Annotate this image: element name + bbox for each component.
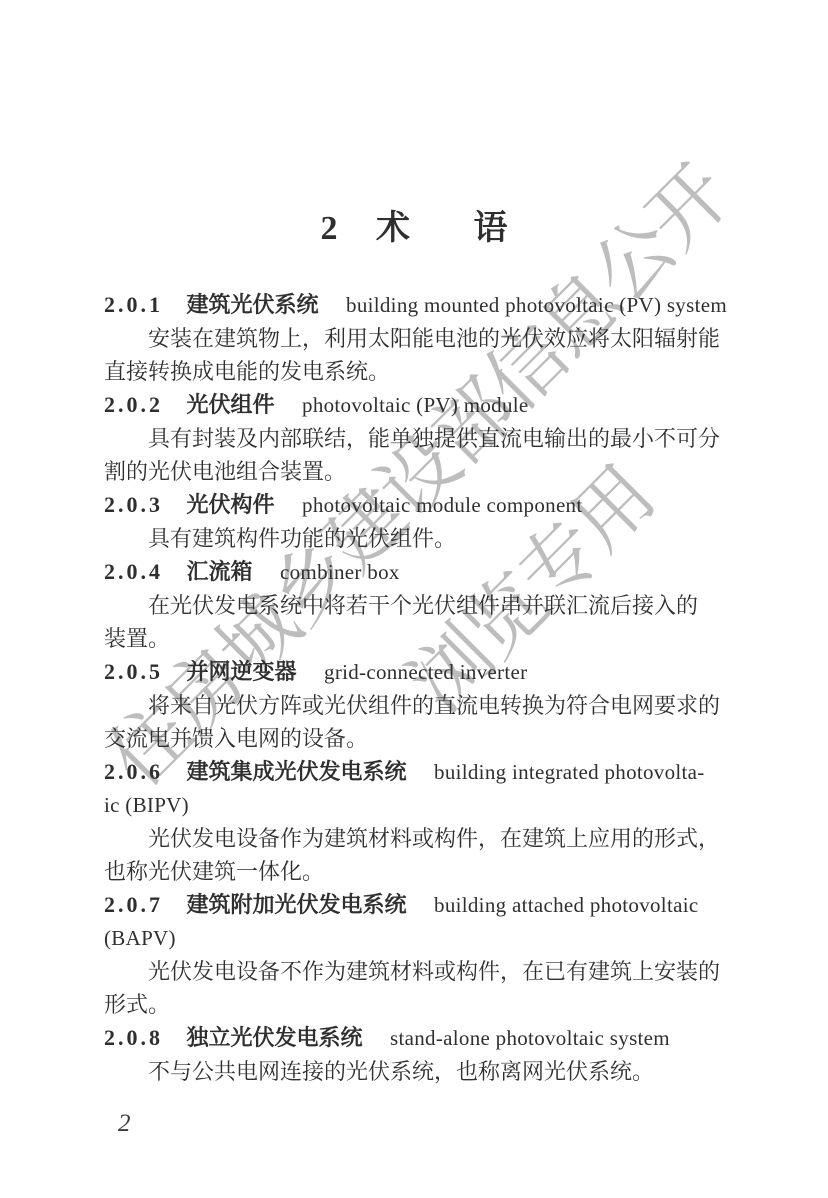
definition-line: 将来自光伏方阵或光伏组件的直流电转换为符合电网要求的 [104, 689, 728, 722]
definition-line: 光伏发电设备不作为建筑材料或构件，在已有建筑上安装的 [104, 955, 728, 988]
term-en: building mounted photovoltaic (PV) syste… [346, 293, 727, 317]
definition-line: 直接转换成电能的发电系统。 [104, 355, 728, 388]
definition-line: 形式。 [104, 988, 728, 1021]
term-en-continuation: (BAPV) [104, 922, 728, 955]
chapter-title-word-1: 术 [376, 210, 410, 247]
chapter-number: 2 [321, 210, 338, 247]
document-page: 住房城乡建设部信息公开 浏览专用 2 术 语 2.0.1 建筑光伏系统 buil… [0, 0, 828, 1198]
term-zh: 建筑集成光伏发电系统 [187, 759, 407, 784]
definition-line: 安装在建筑物上，利用太阳能电池的光伏效应将太阳辐射能 [104, 322, 728, 355]
definition-line: 具有封装及内部联结，能单独提供直流电输出的最小不可分 [104, 422, 728, 455]
term-number: 2.0.4 [104, 559, 163, 584]
term-entry: 2.0.8 独立光伏发电系统 stand-alone photovoltaic … [104, 1021, 728, 1088]
term-zh: 独立光伏发电系统 [187, 1025, 363, 1050]
term-heading: 2.0.7 建筑附加光伏发电系统 building attached photo… [104, 888, 728, 922]
chapter-title-word-2: 语 [474, 210, 508, 247]
term-entry: 2.0.7 建筑附加光伏发电系统 building attached photo… [104, 888, 728, 1021]
term-entry: 2.0.4 汇流箱 combiner box 在光伏发电系统中将若干个光伏组件串… [104, 555, 728, 655]
term-en: grid-connected inverter [324, 660, 527, 684]
term-zh: 汇流箱 [187, 559, 253, 584]
term-entry: 2.0.1 建筑光伏系统 building mounted photovolta… [104, 288, 728, 388]
term-number: 2.0.2 [104, 392, 163, 417]
term-number: 2.0.1 [104, 292, 163, 317]
definition-line: 光伏发电设备作为建筑材料或构件，在建筑上应用的形式， [104, 822, 728, 855]
term-number: 2.0.5 [104, 659, 163, 684]
term-entry: 2.0.6 建筑集成光伏发电系统 building integrated pho… [104, 755, 728, 888]
term-entry: 2.0.2 光伏组件 photovoltaic (PV) module 具有封装… [104, 388, 728, 488]
term-en: stand-alone photovoltaic system [390, 1026, 670, 1050]
definition-line: 割的光伏电池组合装置。 [104, 455, 728, 488]
definition-line: 在光伏发电系统中将若干个光伏组件串并联汇流后接入的 [104, 589, 728, 622]
term-number: 2.0.6 [104, 759, 163, 784]
definition-line: 装置。 [104, 622, 728, 655]
term-zh: 建筑附加光伏发电系统 [187, 892, 407, 917]
term-heading: 2.0.1 建筑光伏系统 building mounted photovolta… [104, 288, 728, 322]
term-en: combiner box [280, 560, 400, 584]
term-zh: 光伏构件 [187, 492, 275, 517]
term-en-continuation: ic (BIPV) [104, 789, 728, 822]
term-number: 2.0.8 [104, 1025, 163, 1050]
term-heading: 2.0.2 光伏组件 photovoltaic (PV) module [104, 388, 728, 422]
term-number: 2.0.7 [104, 892, 163, 917]
term-heading: 2.0.3 光伏构件 photovoltaic module component [104, 488, 728, 522]
term-entry: 2.0.5 并网逆变器 grid-connected inverter 将来自光… [104, 655, 728, 755]
term-zh: 光伏组件 [187, 392, 275, 417]
term-en: photovoltaic (PV) module [302, 393, 529, 417]
term-zh: 并网逆变器 [187, 659, 297, 684]
definition-line: 不与公共电网连接的光伏系统，也称离网光伏系统。 [104, 1055, 728, 1088]
term-en: building integrated photovolta- [434, 760, 705, 784]
term-number: 2.0.3 [104, 492, 163, 517]
term-heading: 2.0.5 并网逆变器 grid-connected inverter [104, 655, 728, 689]
terms-body: 2.0.1 建筑光伏系统 building mounted photovolta… [104, 288, 728, 1088]
term-entry: 2.0.3 光伏构件 photovoltaic module component… [104, 488, 728, 555]
definition-line: 也称光伏建筑一体化。 [104, 855, 728, 888]
term-heading: 2.0.4 汇流箱 combiner box [104, 555, 728, 589]
page-number: 2 [118, 1110, 131, 1138]
definition-line: 具有建筑构件功能的光伏组件。 [104, 522, 728, 555]
term-zh: 建筑光伏系统 [187, 292, 319, 317]
definition-line: 交流电并馈入电网的设备。 [104, 722, 728, 755]
term-en: photovoltaic module component [302, 493, 582, 517]
term-heading: 2.0.6 建筑集成光伏发电系统 building integrated pho… [104, 755, 728, 789]
term-en: building attached photovoltaic [434, 893, 698, 917]
term-heading: 2.0.8 独立光伏发电系统 stand-alone photovoltaic … [104, 1021, 728, 1055]
chapter-title: 2 术 语 [0, 200, 828, 249]
